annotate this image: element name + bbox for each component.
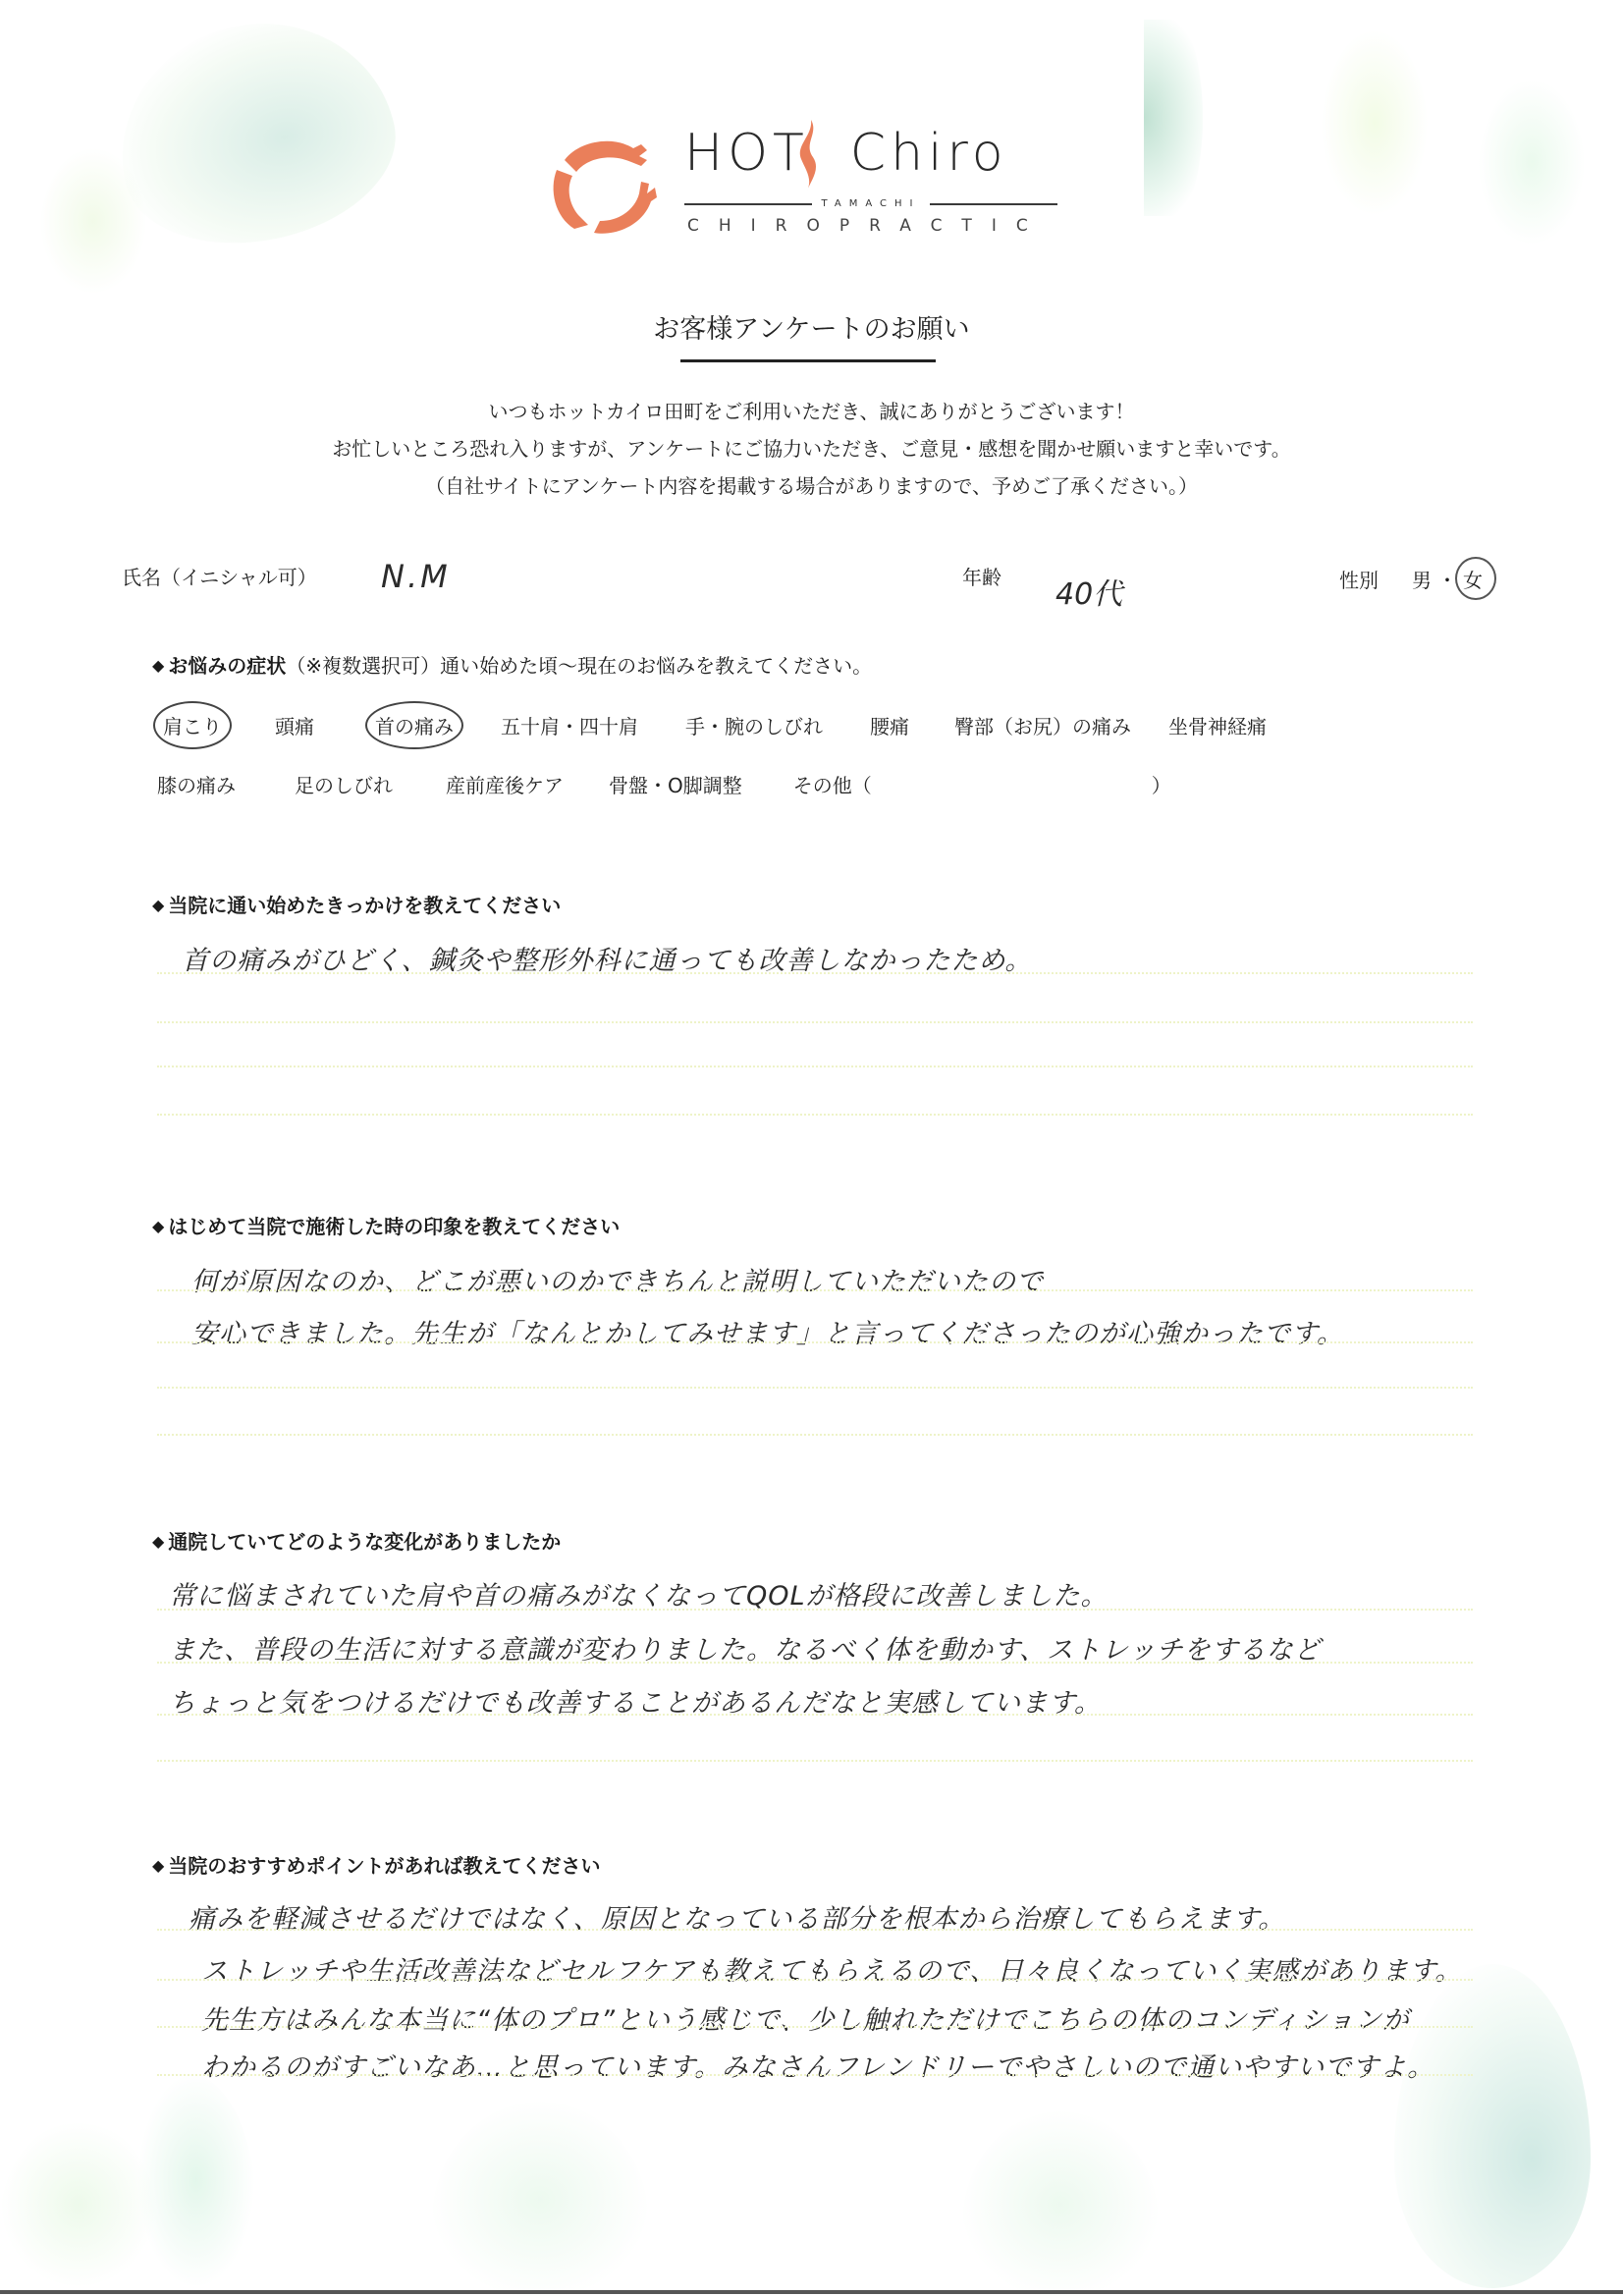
gender-options: 男 ・ 女 bbox=[1412, 565, 1483, 593]
guide-line bbox=[157, 1662, 1473, 1664]
diamond-icon: ◆ bbox=[152, 656, 164, 675]
guide-line bbox=[157, 1714, 1473, 1716]
gender-option-female[interactable]: 女 bbox=[1463, 565, 1483, 593]
guide-line bbox=[157, 972, 1473, 974]
page-title: お客様アンケートのお願い bbox=[0, 307, 1623, 346]
logo-subtitle: CHIROPRACTIC bbox=[687, 216, 1048, 236]
symptom-other-input[interactable] bbox=[872, 770, 1152, 798]
leaf-decoration bbox=[98, 0, 412, 267]
guide-line bbox=[157, 1434, 1473, 1436]
symptoms-heading: ◆お悩みの症状（※複数選択可）通い始めた頃〜現在のお悩みを教えてください。 bbox=[152, 650, 872, 679]
answer-impression-line-1: 何が原因なのか、どこが悪いのかできちんと説明していただいたので bbox=[191, 1260, 1044, 1298]
leaf-decoration bbox=[1478, 79, 1586, 246]
symptom-other-close: ） bbox=[1152, 770, 1171, 798]
hands-circle-icon bbox=[545, 131, 663, 239]
symptom-hand-arm-numbness[interactable]: 手・腕のしびれ bbox=[685, 711, 823, 739]
symptom-prenatal-postnatal-care[interactable]: 産前産後ケア bbox=[446, 770, 564, 798]
answer-impression-line-2: 安心できました。先生が「なんとかしてみせます」と言ってくださったのが心強かったで… bbox=[191, 1312, 1344, 1350]
symptoms-row-2: 膝の痛み 足のしびれ 産前産後ケア 骨盤・O脚調整 その他（ ） bbox=[157, 770, 1171, 798]
divider bbox=[930, 203, 1057, 205]
name-field[interactable]: N.M bbox=[381, 558, 451, 595]
leaf-decoration bbox=[1321, 29, 1429, 216]
gender-option-male[interactable]: 男 bbox=[1412, 565, 1432, 593]
flame-icon bbox=[793, 120, 829, 191]
diamond-icon: ◆ bbox=[152, 1856, 164, 1875]
logo-location: TAMACHI bbox=[822, 198, 921, 209]
guide-line bbox=[157, 1609, 1473, 1611]
answer-changes-line-1: 常に悩まされていた肩や首の痛みがなくなってQOLが格段に改善しました。 bbox=[169, 1574, 1109, 1613]
symptom-shoulder-stiffness[interactable]: 肩こり bbox=[163, 711, 222, 739]
symptom-frozen-shoulder[interactable]: 五十肩・四十肩 bbox=[501, 711, 638, 739]
guide-line bbox=[157, 2026, 1473, 2028]
leaf-decoration bbox=[39, 147, 147, 295]
symptom-knee-pain[interactable]: 膝の痛み bbox=[157, 770, 236, 798]
guide-line bbox=[157, 1929, 1473, 1931]
leaf-decoration bbox=[1144, 20, 1203, 216]
gender-separator: ・ bbox=[1437, 565, 1457, 593]
guide-line bbox=[157, 1979, 1473, 1981]
leaf-decoration bbox=[1394, 1964, 1591, 2288]
age-label: 年齢 bbox=[962, 562, 1001, 590]
leaf-decoration bbox=[0, 2121, 157, 2288]
question-heading-first-impression: ◆はじめて当院で施術した時の印象を教えてください bbox=[152, 1211, 620, 1239]
guide-line bbox=[157, 1760, 1473, 1762]
intro-line: （自社サイトにアンケート内容を掲載する場合がありますので、予めご了承ください。） bbox=[0, 470, 1623, 499]
symptom-headache[interactable]: 頭痛 bbox=[275, 711, 314, 739]
logo-brand: HOTChiro bbox=[684, 128, 1008, 179]
symptom-other[interactable]: その他（ bbox=[793, 770, 872, 798]
intro-line: お忙しいところ恐れ入りますが、アンケートにご協力いただき、ご意見・感想を聞かせ願… bbox=[0, 433, 1623, 462]
guide-line bbox=[157, 1387, 1473, 1389]
question-heading-reason: ◆当院に通い始めたきっかけを教えてください bbox=[152, 890, 561, 918]
diamond-icon: ◆ bbox=[152, 896, 164, 914]
page-edge bbox=[0, 2290, 1623, 2294]
symptom-sciatica[interactable]: 坐骨神経痛 bbox=[1168, 711, 1267, 739]
symptom-foot-numbness[interactable]: 足のしびれ bbox=[295, 770, 393, 798]
symptom-lower-back-pain[interactable]: 腰痛 bbox=[870, 711, 909, 739]
guide-line bbox=[157, 2074, 1473, 2076]
question-heading-changes: ◆通院していてどのような変化がありましたか bbox=[152, 1526, 561, 1555]
guide-line bbox=[157, 1341, 1473, 1343]
answer-recommend-line-3: 先生方はみんな本当に“体のプロ”という感じで、少し触れただけでこちらの体のコンデ… bbox=[201, 1998, 1410, 2037]
gender-label: 性別 bbox=[1339, 565, 1379, 593]
name-label: 氏名（イニシャル可） bbox=[122, 562, 317, 590]
logo-location-row: TAMACHI bbox=[684, 198, 1057, 209]
leaf-decoration bbox=[962, 2111, 1159, 2296]
guide-line bbox=[157, 1289, 1473, 1291]
symptom-pelvis-bowleg-adjustment[interactable]: 骨盤・O脚調整 bbox=[609, 770, 742, 798]
guide-line bbox=[157, 1114, 1473, 1116]
leaf-decoration bbox=[137, 2072, 255, 2288]
diamond-icon: ◆ bbox=[152, 1217, 164, 1235]
title-underline bbox=[680, 359, 936, 362]
symptom-neck-pain[interactable]: 首の痛み bbox=[375, 711, 454, 739]
diamond-icon: ◆ bbox=[152, 1532, 164, 1551]
age-field[interactable]: 40代 bbox=[1055, 570, 1122, 613]
question-heading-recommendation: ◆当院のおすすめポイントがあれば教えてください bbox=[152, 1850, 601, 1879]
symptom-buttock-pain[interactable]: 臀部（お尻）の痛み bbox=[954, 711, 1131, 739]
symptoms-note: （※複数選択可）通い始めた頃〜現在のお悩みを教えてください。 bbox=[286, 654, 872, 678]
guide-line bbox=[157, 1066, 1473, 1067]
symptoms-row-1: 肩こり 頭痛 首の痛み 五十肩・四十肩 手・腕のしびれ 腰痛 臀部（お尻）の痛み… bbox=[157, 711, 1267, 739]
divider bbox=[684, 203, 812, 205]
answer-recommend-line-2: ストレッチや生活改善法などセルフケアも教えてもらえるので、日々良くなっていく実感… bbox=[201, 1949, 1462, 1988]
guide-line bbox=[157, 1021, 1473, 1023]
leaf-decoration bbox=[432, 2102, 648, 2296]
intro-line: いつもホットカイロ田町をご利用いただき、誠にありがとうございます！ bbox=[0, 396, 1623, 424]
answer-recommend-line-4: わかるのがすごいなあ…と思っています。みなさんフレンドリーでやさしいので通いやす… bbox=[201, 2046, 1434, 2084]
